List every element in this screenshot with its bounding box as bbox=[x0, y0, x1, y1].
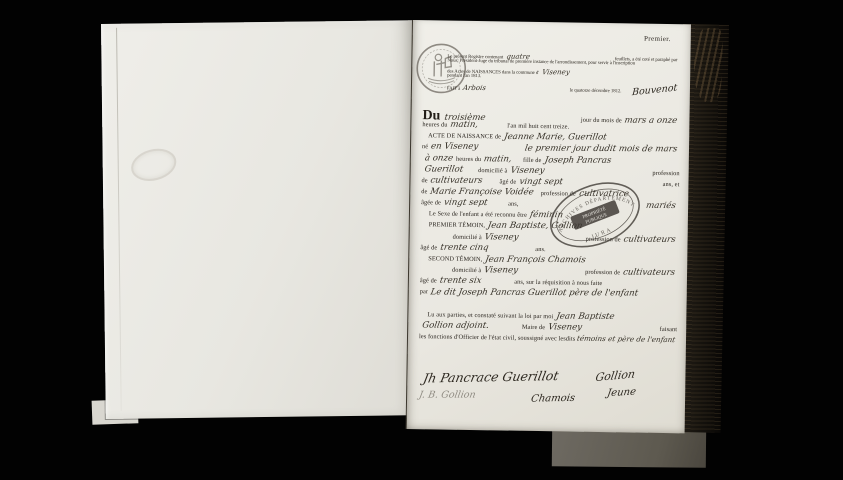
segment-print: fille de bbox=[523, 156, 542, 163]
segment-hand2: témoins et père de l'enfant bbox=[577, 333, 677, 344]
segment-gap bbox=[521, 273, 585, 274]
segment-hand: Viseney bbox=[547, 322, 582, 332]
segment-hand: vingt sept bbox=[519, 177, 564, 187]
segment-print: domicilié à bbox=[478, 167, 507, 174]
segment-print: l'an mil huit cent treize. bbox=[507, 123, 569, 131]
signature-gollion-suffix: Jeune bbox=[606, 387, 636, 400]
segment-print: âgé de bbox=[420, 244, 437, 251]
segment-hand: Viseney bbox=[541, 68, 570, 76]
segment-print: Maire de bbox=[522, 323, 545, 330]
register-page: Premier. Le présent Registre contenantqu… bbox=[406, 20, 691, 433]
segment-hand: matin, bbox=[483, 154, 512, 164]
segment-print: FAIT à bbox=[447, 86, 460, 91]
segment-gap bbox=[489, 90, 570, 91]
segment-hand: Joseph Pancras bbox=[544, 155, 612, 165]
segment-hand: Viseney bbox=[510, 165, 545, 175]
signature-jb-gollion: J. B. Gollion bbox=[418, 390, 476, 401]
segment-print: SECOND TÉMOIN, bbox=[428, 255, 482, 263]
embossed-stamp-icon bbox=[128, 144, 180, 186]
segment-hand: Le dit Joseph Pancras Guerillot père de … bbox=[430, 288, 639, 299]
segment-hand: Marie Françoise Voidée bbox=[430, 187, 535, 198]
segment-print: profession bbox=[652, 169, 679, 176]
segment-print: âgé de bbox=[499, 178, 516, 185]
segment-gap bbox=[481, 150, 522, 151]
segment-hand: trente cinq bbox=[439, 242, 489, 252]
segment-gap bbox=[547, 173, 652, 175]
segment-hand: Jean Baptiste bbox=[556, 311, 616, 321]
folio-label: Premier. bbox=[644, 35, 671, 43]
segment-hand: matin, bbox=[450, 120, 479, 130]
segment-print: profession de bbox=[585, 269, 620, 277]
segment-print: jour du mois de bbox=[581, 117, 622, 125]
segment-print: domicilié à bbox=[453, 233, 482, 240]
segment-hand: Guerillot bbox=[424, 164, 464, 174]
segment-hand: trente six bbox=[439, 276, 482, 286]
archives-stamp-bottom-text: JURA bbox=[591, 227, 614, 241]
segment-print: ACTE DE NAISSANCE de bbox=[428, 133, 501, 141]
register-header: Le présent Registre contenantquatrefeuil… bbox=[447, 52, 678, 93]
segment-print: ans, sur la réquisition à nous faite bbox=[514, 279, 602, 287]
signature-guerillot: Jh Pancrace Guerillot bbox=[422, 368, 560, 386]
segment-print: âgée de bbox=[421, 199, 441, 206]
segment-hand: Gollion adjoint. bbox=[421, 320, 489, 330]
segment-print: de bbox=[421, 188, 427, 195]
segment-print: domicilié à bbox=[452, 267, 481, 274]
segment-hand: cultivateurs bbox=[430, 175, 484, 185]
segment-print: par bbox=[420, 288, 428, 295]
segment-hand: le premier jour dudit mois de mars bbox=[524, 144, 678, 155]
signatures: Jh Pancrace Guerillot Gollion Jeune J. B… bbox=[419, 366, 674, 430]
segment-print: Le Sexe de l'enfant a été reconnu être bbox=[429, 211, 527, 220]
segment-hand: à onze bbox=[424, 153, 454, 163]
segment-sig: Bouvenot bbox=[631, 82, 677, 98]
segment-gap bbox=[491, 250, 535, 251]
segment-print: ans. bbox=[535, 246, 545, 253]
segment-print: les fonctions d'Officier de l'état civil… bbox=[419, 333, 575, 342]
segment-hand: quatre bbox=[505, 53, 530, 61]
segment-print: âgé de bbox=[420, 277, 437, 284]
segment-hand: en Viseney bbox=[430, 142, 479, 152]
segment-print: faisant bbox=[660, 326, 678, 333]
segment-print: ans, et bbox=[663, 181, 680, 188]
segment-hand: mars a onze bbox=[624, 116, 678, 126]
segment-hand: cultivateurs bbox=[623, 234, 677, 244]
segment-hand: Jeanne Marie, Guerillot bbox=[503, 132, 607, 143]
segment-print: né bbox=[422, 144, 428, 151]
segment-print: pendant l'an 1813. bbox=[447, 74, 481, 80]
left-blank-page bbox=[101, 20, 418, 419]
signature-chamois: Chamois bbox=[530, 393, 576, 405]
page-edge-curl bbox=[693, 28, 724, 103]
segment-print: heures du bbox=[456, 155, 481, 162]
segment-print: de bbox=[421, 177, 427, 184]
segment-gap bbox=[585, 329, 660, 330]
segment-print: ans, bbox=[508, 201, 518, 208]
segment-hand: Viseney bbox=[483, 265, 518, 275]
page-edge-line bbox=[116, 28, 122, 411]
segment-print: Lu aux parties, et constaté suivant la l… bbox=[427, 311, 553, 320]
segment-hand: Viseney bbox=[484, 232, 519, 242]
signature-gollion: Gollion bbox=[594, 367, 636, 384]
scene: Premier. Le présent Registre contenantqu… bbox=[0, 0, 843, 480]
segment-hand: mariés bbox=[646, 201, 677, 211]
segment-hand: cultivateurs bbox=[622, 268, 676, 278]
segment-print: le quatorze décembre 1812. bbox=[570, 88, 622, 94]
segment-hand: Arbois bbox=[463, 84, 487, 92]
segment-hand: vingt sept bbox=[443, 198, 488, 208]
segment-print: PREMIER TÉMOIN, bbox=[429, 222, 485, 230]
